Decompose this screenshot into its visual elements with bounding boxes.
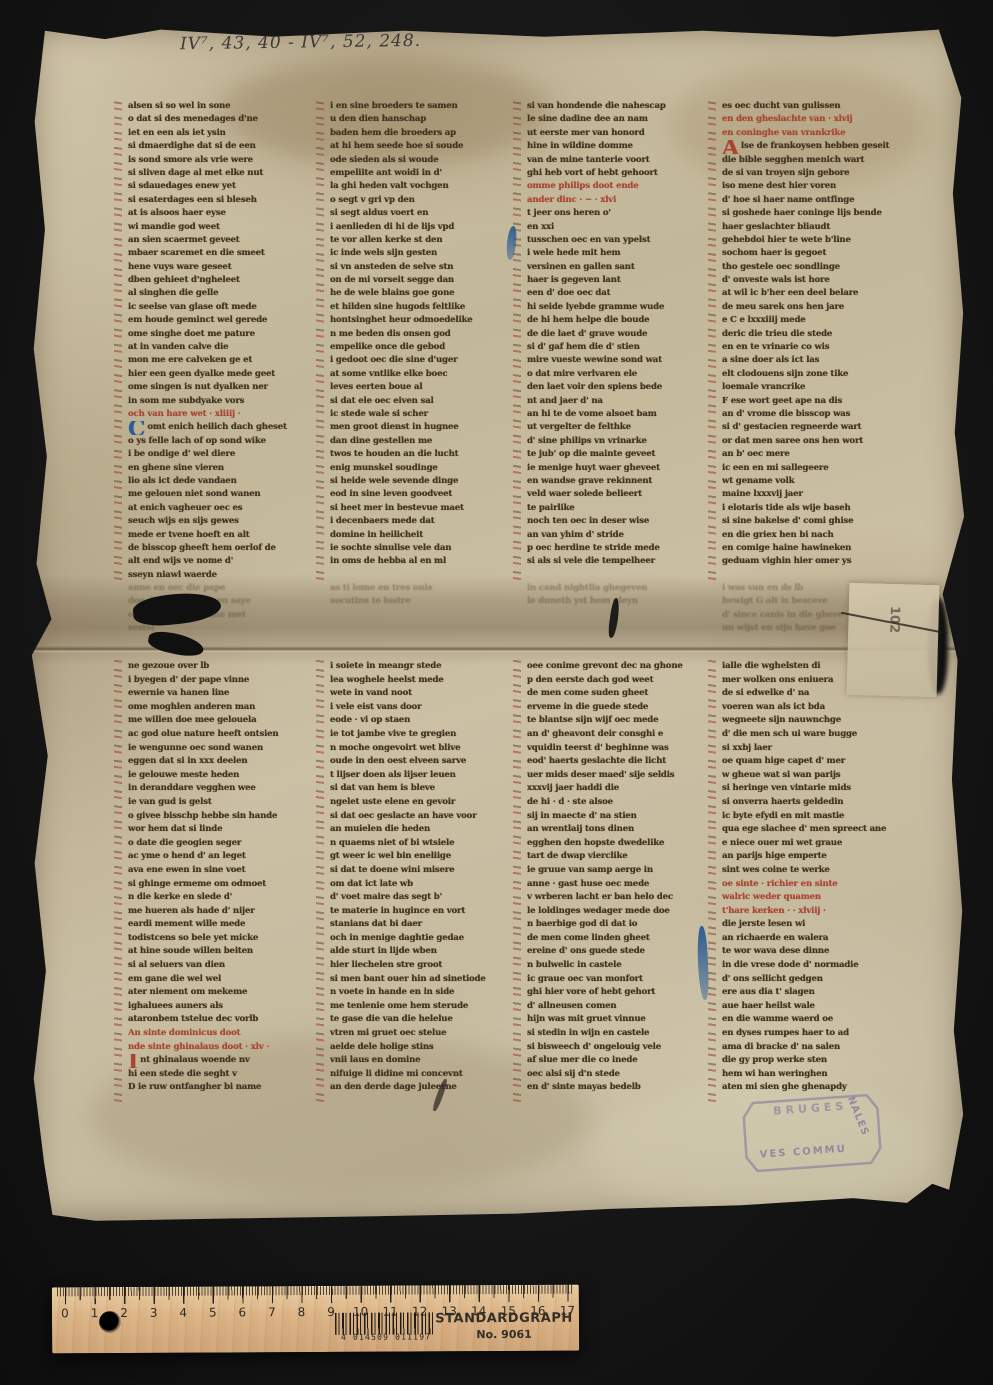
- text-line: i aenlieden di hi de lijs vpd: [330, 221, 518, 234]
- text-line: en ghene sine vieren: [128, 462, 316, 475]
- text-line: vnii laus en domine: [330, 1054, 518, 1068]
- text-line: te wor wava dese dinne: [722, 945, 910, 959]
- rubric-line: nde sinte ghinalaus doot · xlv ·: [128, 1041, 316, 1055]
- text-line: veld waer solede belieert: [527, 488, 715, 501]
- text-line: si segt aldus voert en: [330, 207, 518, 220]
- text-line: en dyses rumpes haer to ad: [722, 1027, 910, 1041]
- text-line: si d' gaf hem die d' stien: [527, 341, 715, 354]
- text-line: at in vanden calve die: [128, 341, 316, 354]
- text-line: me gelouen niet sond wanen: [128, 488, 316, 501]
- text-line: i wele hede mit hem: [527, 247, 715, 260]
- text-line: e niece ouer mi wet graue: [722, 837, 910, 851]
- text-line: ataronbem tstelue dec vorlb: [128, 1013, 316, 1027]
- text-line: eardi mement wille mede: [128, 918, 316, 932]
- text-line: domine in heilicheit: [330, 529, 518, 542]
- text-line: F ese wort geet ape na dis: [722, 395, 910, 408]
- text-line: ie menige huyt waer gheveet: [527, 462, 715, 475]
- text-line: p oec herdine te stride mede: [527, 542, 715, 555]
- text-line: le sine dadine dee an nam: [527, 113, 715, 126]
- text-line: d' onveste wals ist hore: [722, 274, 910, 287]
- text-line: at hi hem seede hoe si soude: [330, 140, 518, 153]
- text-line: ghi hier vore of hebt gehort: [527, 986, 715, 1000]
- text-line: tusschen oec en van ypelst: [527, 234, 715, 247]
- ghost-text-column-3: in cand nightlia ghegevenle duneth yst h…: [527, 582, 715, 656]
- text-line: die bible segghen menich wart: [722, 154, 910, 167]
- text-line: in oms de hebba al en ml: [330, 555, 518, 568]
- text-line: in cand nightlia ghegeven: [527, 582, 715, 595]
- rubric-line: oe sinte · richier en sinte: [722, 878, 910, 892]
- text-line: o dat si des menedages d'ne: [128, 113, 316, 126]
- text-line: le duneth yst hem gleyn: [527, 595, 715, 608]
- text-line: wete in vand noot: [330, 687, 518, 701]
- text-line: hem wi han weringhen: [722, 1068, 910, 1082]
- ruler-number: 5: [209, 1306, 217, 1320]
- text-line: haer is gegeven lant: [527, 274, 715, 287]
- text-line: si ghinge ermeme om odmoet: [128, 878, 316, 892]
- text-column-2-upper: i en sine broeders te samenu den dien ha…: [330, 100, 518, 582]
- text-line: voeren wan als ict bda: [722, 701, 910, 715]
- text-line: si dat te doene wini misere: [330, 864, 518, 878]
- marginal-flourish-chain: [316, 660, 324, 1104]
- text-line: a sine doer als ict las: [722, 354, 910, 367]
- text-line: in die vrese dode d' normadie: [722, 959, 910, 973]
- text-line: hontsinghet heur odmoedelike: [330, 314, 518, 327]
- text-line: iso mene dest hier voren: [722, 180, 910, 193]
- text-column-3-lower: oee conime grevont dec na ghonep den eer…: [527, 660, 715, 1098]
- text-line: ava ene ewen in sine voet: [128, 864, 316, 878]
- shelfmark-annotation: IV⁷, 43, 40 - IV⁷, 52, 248.: [180, 30, 500, 54]
- ruler-number: 7: [268, 1305, 276, 1319]
- text-line: en en te vrinarie co wis: [722, 341, 910, 354]
- text-line: erveme in die guede stede: [527, 701, 715, 715]
- text-line: an wrentlaij tons dinen: [527, 823, 715, 837]
- text-line: n bulwelic in castele: [527, 959, 715, 973]
- rubric-line: en coninghe van vrankrike: [722, 127, 910, 140]
- text-line: af slue mer die co inede: [527, 1054, 715, 1068]
- text-line: si sdauedages enew yet: [128, 180, 316, 193]
- text-line: ic seelse van glase oft mede: [128, 301, 316, 314]
- rubric-line: ander dinc · ~ · xlvi: [527, 194, 715, 207]
- text-line: de hi hem helpe die boude: [527, 314, 715, 327]
- text-line: d' voet maire das segt b': [330, 891, 518, 905]
- text-line: n die kerke en slede d': [128, 891, 316, 905]
- text-line: och in menige daghtie gedae: [330, 932, 518, 946]
- text-line: hier een geen dyalke mede geet: [128, 368, 316, 381]
- marginal-flourish-chain: [114, 660, 122, 1104]
- text-line: ic byte efydi en mit mastie: [722, 810, 910, 824]
- ruler-number: 2: [120, 1306, 128, 1320]
- text-line: es oec ducht van gulissen: [722, 100, 910, 113]
- text-line: ngelet uste elene en gevoir: [330, 796, 518, 810]
- text-line: si al seluers van dien: [128, 959, 316, 973]
- text-line: i en sine broeders te samen: [330, 100, 518, 113]
- text-line: si heide wele sevende dinge: [330, 475, 518, 488]
- text-line: i be ondige d' wel diere: [128, 448, 316, 461]
- text-line: ode sieden als si woude: [330, 154, 518, 167]
- text-line: van de mine tanterie voort: [527, 154, 715, 167]
- rubric-line: omme philips doot ende: [527, 180, 715, 193]
- text-line: n quaems niet of bi wtsiele: [330, 837, 518, 851]
- text-line: o date die geogien seger: [128, 837, 316, 851]
- ghost-text-column-2: as ti lome en tres onissocutins te lustr…: [330, 582, 518, 656]
- illuminated-initial: I: [128, 1054, 138, 1068]
- text-line: em houde geminct wel gerede: [128, 314, 316, 327]
- text-line: e C e lxxxiiij mede: [722, 314, 910, 327]
- text-line: aelde dele holige stins: [330, 1041, 518, 1055]
- text-line: t lijser doen als lijser leuen: [330, 769, 518, 783]
- ruler: 01234567891011121314151617 4 014509 0111…: [52, 1285, 579, 1354]
- text-line: d' hoe si haer name ontfinge: [722, 194, 910, 207]
- text-line: mede er tvene hoeft en alt: [128, 529, 316, 542]
- text-line: si heringe ven vintarie mids: [722, 782, 910, 796]
- text-line: or dat men saree ons hen wort: [722, 435, 910, 448]
- text-line: eod in sine leven goodveet: [330, 488, 518, 501]
- text-line: an d' gheavont deir consghi e: [527, 728, 715, 742]
- text-line: iet en een als iet ysin: [128, 127, 316, 140]
- text-line: si bisweech d' ongelouig vele: [527, 1041, 715, 1055]
- text-column-4-lower: ialle die wghelsten dimer wolken ons eni…: [722, 660, 910, 1098]
- barcode-digits: 4 014509 011197: [330, 1332, 442, 1342]
- text-line: sij in maecte d' na stien: [527, 810, 715, 824]
- text-line: en d' sinte mayas bedelb: [527, 1081, 715, 1095]
- text-line: en die griex hen bi nach: [722, 529, 910, 542]
- text-line: hi seide lyebde gramme wude: [527, 301, 715, 314]
- text-line: sochom haer is gegoet: [722, 247, 910, 260]
- text-line: i vele eist vans door: [330, 701, 518, 715]
- text-line: socutins te lustre: [330, 595, 518, 608]
- text-line: loemale vrancrike: [722, 381, 910, 394]
- text-line: elt clodouens sijn zone tike: [722, 368, 910, 381]
- ruler-brand-text: STANDARDGRAPH: [434, 1311, 574, 1327]
- text-line: si dat van hem is bleve: [330, 782, 518, 796]
- text-line: si sine bakelse d' comi ghise: [722, 515, 910, 528]
- text-line: ut vergelter de felthke: [527, 421, 715, 434]
- text-line: ic stede wale si scher: [330, 408, 518, 421]
- text-line: me willen doe mee gelouela: [128, 714, 316, 728]
- text-line: mbaer scaremet en die smeet: [128, 247, 316, 260]
- archive-stamp: BRUGES VES COMMU NALES: [740, 1091, 885, 1175]
- text-line: deric die trieu die stede: [722, 328, 910, 341]
- text-line: at wil ic b'her een deel belare: [722, 287, 910, 300]
- text-line: uer mids deser maed' sije seldis: [527, 769, 715, 783]
- text-line: twos te houden an die lucht: [330, 448, 518, 461]
- text-line: empeliite ant woidi in d': [330, 167, 518, 180]
- text-line: gt weer ic wel bin eneliige: [330, 850, 518, 864]
- text-line: eod' haerts geslachte die licht: [527, 755, 715, 769]
- text-line: si als si vele die tempelheer: [527, 555, 715, 568]
- text-line: ie gelouwe meste heden: [128, 769, 316, 783]
- text-line: oude in den oest elveen sarve: [330, 755, 518, 769]
- text-line: d' die men sch ui ware bugge: [722, 728, 910, 742]
- text-line: de meu sarek ons hen jare: [722, 301, 910, 314]
- text-line: nifuige li didine mi concevnt: [330, 1068, 518, 1082]
- text-line: an sien scaermet geveet: [128, 234, 316, 247]
- patch-mark: 102: [886, 606, 902, 634]
- text-line: tart de dwap vierclike: [527, 850, 715, 864]
- text-line: an b' oec mere: [722, 448, 910, 461]
- text-line: si goshede haer coninge lijs bende: [722, 207, 910, 220]
- text-line: ac yme o hend d' an leget: [128, 850, 316, 864]
- text-line: hine in wildine domme: [527, 140, 715, 153]
- text-column-1-lower: ne gezoue over lbi byegen d' der pape vi…: [128, 660, 316, 1098]
- text-line: t jeer ons heren o': [527, 207, 715, 220]
- text-line: me hueren als hade d' nijer: [128, 905, 316, 919]
- ruler-number: 1: [91, 1306, 99, 1320]
- text-line: d' ons sellicht gedgen: [722, 973, 910, 987]
- text-line: ghi heb vort of hebt gehoort: [527, 167, 715, 180]
- text-line: si esaterdages een si bleseh: [128, 194, 316, 207]
- text-line: te gase die van die helelue: [330, 1013, 518, 1027]
- ruler-number: 3: [150, 1306, 158, 1320]
- text-line: me tenlenie ome hem sterude: [330, 1000, 518, 1014]
- text-line: ie wengunne oec sond wanen: [128, 742, 316, 756]
- text-line: ne gezoue over lb: [128, 660, 316, 674]
- text-line: den laet voir den spiens bede: [527, 381, 715, 394]
- text-line: i decenbaers mede dat: [330, 515, 518, 528]
- text-line: ic een en mi sallegeere: [722, 462, 910, 475]
- ruler-number: 8: [298, 1305, 306, 1319]
- text-line: seuch wijs en sijs gewes: [128, 515, 316, 528]
- text-line: alsen si so wel in sone: [128, 100, 316, 113]
- text-line: ama di bracke d' na salen: [722, 1041, 910, 1055]
- text-line: hijn was mit gruet vinnue: [527, 1013, 715, 1027]
- text-line: die jerste lesen wi: [722, 918, 910, 932]
- text-line: ie sochte sinulise vele dan: [330, 542, 518, 555]
- ruler-number: 6: [238, 1305, 246, 1319]
- illuminated-initial: C: [128, 421, 145, 434]
- text-line: oee conime grevont dec na ghone: [527, 660, 715, 674]
- text-line: aue haer heilst wale: [722, 1000, 910, 1014]
- text-line: le loldinges wedager mede doe: [527, 905, 715, 919]
- text-line: maine lxxxvij jaer: [722, 488, 910, 501]
- text-line: de men come suden gheet: [527, 687, 715, 701]
- text-line: as ti lome en tres onis: [330, 582, 518, 595]
- text-line: ome singhe doet me pature: [128, 328, 316, 341]
- text-line: d' sine philips vn vrinarke: [527, 435, 715, 448]
- text-line: d' allneusen comen: [527, 1000, 715, 1014]
- ruler-number: 0: [61, 1306, 69, 1320]
- text-line: n me beden dis onsen god: [330, 328, 518, 341]
- text-line: tho gestele oec sondlinge: [722, 261, 910, 274]
- text-line: een d' doe oec dat: [527, 287, 715, 300]
- text-line: mon me ere calveken ge et: [128, 354, 316, 367]
- text-line: Comt enich heilich dach gheset: [128, 421, 316, 434]
- illuminated-initial: A: [722, 140, 739, 153]
- text-line: i soiete in meangr stede: [330, 660, 518, 674]
- text-line: nt and jaer d' na: [527, 395, 715, 408]
- text-line: si dat ele oec eiven sal: [330, 395, 518, 408]
- marginal-flourish-chain: [114, 100, 122, 582]
- text-line: at hine soude willen beiten: [128, 945, 316, 959]
- text-line: lea woghele heelst mede: [330, 674, 518, 688]
- text-line: et hilden sine hugods feltlike: [330, 301, 518, 314]
- text-line: at some vntlike elke boec: [330, 368, 518, 381]
- text-line: si d' gestacien regneerde wart: [722, 421, 910, 434]
- text-line: de si van troyen sijn gebore: [722, 167, 910, 180]
- text-line: i byegen d' der pape vinne: [128, 674, 316, 688]
- text-line: n moche ongevoirt wet blive: [330, 742, 518, 756]
- text-line: haer geslachter bliaudt: [722, 221, 910, 234]
- text-column-2-lower: i soiete in meangr stedelea woghele heel…: [330, 660, 518, 1098]
- text-line: Alse de frankoysen hebben geseit: [722, 140, 910, 153]
- rubric-line: och van hare wet · xliiij ·: [128, 408, 316, 421]
- text-line: egghen den hopste dwedelike: [527, 837, 715, 851]
- text-line: anne en oec die pape: [128, 582, 316, 595]
- text-line: en die wamme waerd oe: [722, 1013, 910, 1027]
- text-line: p den eerste dach god weet: [527, 674, 715, 688]
- text-line: an muielen die heden: [330, 823, 518, 837]
- text-line: eode · vi op staen: [330, 714, 518, 728]
- text-line: D ie ruw ontfangher bi name: [128, 1081, 316, 1095]
- text-line: de die laet d' grave woude: [527, 328, 715, 341]
- text-line: n baerbige god di dat io: [527, 918, 715, 932]
- text-line: qua ege slachee d' men spreect ane: [722, 823, 910, 837]
- text-line: an den derde dage juleerne: [330, 1081, 518, 1095]
- text-line: te pairlike: [527, 502, 715, 515]
- text-line: de hi · d · ste alsoe: [527, 796, 715, 810]
- text-line: at enich vagheuer oec es: [128, 502, 316, 515]
- text-line: em gane die wel wel: [128, 973, 316, 987]
- text-column-1-upper: alsen si so wel in soneo dat si des mene…: [128, 100, 316, 582]
- text-line: ere aus dia t' slagen: [722, 986, 910, 1000]
- text-line: leves eerten boue al: [330, 381, 518, 394]
- text-line: o dat mire verlvaren ele: [527, 368, 715, 381]
- text-line: la ghi heden valt vochgen: [330, 180, 518, 193]
- repair-patch: 102: [847, 583, 940, 697]
- photo-background: IV⁷, 43, 40 - IV⁷, 52, 248. alsen si so …: [0, 0, 993, 1385]
- text-line: stanians dat bi daer: [330, 918, 518, 932]
- text-line: de bisscop gheeft hem oerlof de: [128, 542, 316, 555]
- text-line: ereine d' ons guede stede: [527, 945, 715, 959]
- rubric-line: en den gheslachte van · xlvij: [722, 113, 910, 126]
- text-line: om dat ict late wb: [330, 878, 518, 892]
- text-line: dben gehieet d'ngheleet: [128, 274, 316, 287]
- text-line: aten mi sien ghe ghenapdy: [722, 1081, 910, 1095]
- text-line: ighaluees auners als: [128, 1000, 316, 1014]
- text-line: dan dine gestellen me: [330, 435, 518, 448]
- text-line: eggen dat si in xxx deelen: [128, 755, 316, 769]
- text-line: ut eerste mer van honord: [527, 127, 715, 140]
- text-line: vtren mi gruet oec stelue: [330, 1027, 518, 1041]
- text-line: baden hem die broeders ap: [330, 127, 518, 140]
- text-line: ie gruue van samp aerge in: [527, 864, 715, 878]
- manuscript-leaf: IV⁷, 43, 40 - IV⁷, 52, 248. alsen si so …: [30, 26, 965, 1222]
- text-line: o givee bisschp hebbe sin hande: [128, 810, 316, 824]
- text-line: in deranddare vegghen wee: [128, 782, 316, 796]
- text-line: empelike once die gebod: [330, 341, 518, 354]
- text-line: on de mi vorseit segge dan: [330, 274, 518, 287]
- text-line: en comige haine hawineken: [722, 542, 910, 555]
- text-line: oe quam hige capet d' mer: [722, 755, 910, 769]
- text-line: at is alsoos haer eyse: [128, 207, 316, 220]
- text-line: an d' vrome die bisscop was: [722, 408, 910, 421]
- text-line: v wrberen lacht er ban helo dec: [527, 891, 715, 905]
- ruler-number: 9: [327, 1305, 335, 1319]
- text-line: ic inde wels sijn gesten: [330, 247, 518, 260]
- text-line: todistcens so bele yet micke: [128, 932, 316, 946]
- text-line: gehebdoi hier te wete b'line: [722, 234, 910, 247]
- text-line: si dat oec geslacte an have voor: [330, 810, 518, 824]
- text-line: ome moghlen anderen man: [128, 701, 316, 715]
- text-line: an richaerde en walera: [722, 932, 910, 946]
- text-line: is sond smore als vrie were: [128, 154, 316, 167]
- text-line: ie tot jambe vive te gregien: [330, 728, 518, 742]
- text-line: en xxi: [527, 221, 715, 234]
- text-line: si onverra haerts geldedin: [722, 796, 910, 810]
- ruler-model-number: No. 9061: [434, 1328, 574, 1342]
- rubric-line: An sinte dominicus doot: [128, 1027, 316, 1041]
- text-line: te jub' op die mainte geveet: [527, 448, 715, 461]
- text-line: xxxvij jaer haddi die: [527, 782, 715, 796]
- text-line: o ys felle lach of op sond wike: [128, 435, 316, 448]
- text-line: ic graue oec van monfort: [527, 973, 715, 987]
- rubric-line: walric weder quamen: [722, 891, 910, 905]
- text-line: o segt v gri vp den: [330, 194, 518, 207]
- text-line: hier liechelen stre groot: [330, 959, 518, 973]
- text-line: si vn ansteden de selve stn: [330, 261, 518, 274]
- text-line: wor hem dat si linde: [128, 823, 316, 837]
- ruler-number: 4: [179, 1306, 187, 1320]
- text-line: noch ten oec in deser wise: [527, 515, 715, 528]
- text-line: lio als ict dede vandaen: [128, 475, 316, 488]
- text-line: vquidin teerst d' beghinne was: [527, 742, 715, 756]
- text-line: te vor allen kerke st den: [330, 234, 518, 247]
- text-line: an parijs hige emperte: [722, 850, 910, 864]
- text-line: mire vueste wewine sond wat: [527, 354, 715, 367]
- text-line: w gheue wat si wan parijs: [722, 769, 910, 783]
- text-line: si van hondende die nahescap: [527, 100, 715, 113]
- text-line: hi een stede die seght v: [128, 1068, 316, 1082]
- text-line: ie van gud is gelst: [128, 796, 316, 810]
- text-column-3-upper: si van hondende die nahescaple sine dadi…: [527, 100, 715, 582]
- text-line: si stedin in wijn en castele: [527, 1027, 715, 1041]
- text-line: ome singen is nut dyalken ner: [128, 381, 316, 394]
- text-line: ater niement om mekeme: [128, 986, 316, 1000]
- text-line: anne · gast huse oec mede: [527, 878, 715, 892]
- text-line: wi mandie god weet: [128, 221, 316, 234]
- text-line: al singhen die gelle: [128, 287, 316, 300]
- text-line: die gy prop werke sten: [722, 1054, 910, 1068]
- text-line: i elotaris tide als wije baseh: [722, 502, 910, 515]
- marginal-flourish-chain: [316, 100, 324, 582]
- text-line: i gedoot oec die sine d'uger: [330, 354, 518, 367]
- text-line: wt gename volk: [722, 475, 910, 488]
- text-line: an van yhim d' stride: [527, 529, 715, 542]
- text-line: alt end wijs ve nome d': [128, 555, 316, 568]
- text-line: geduam vighin hier omer ys: [722, 555, 910, 568]
- text-line: enig munskel soudinge: [330, 462, 518, 475]
- text-line: si sliven dage al met elke nut: [128, 167, 316, 180]
- text-line: alde sturt in lijde wben: [330, 945, 518, 959]
- text-line: hene vuys ware geseet: [128, 261, 316, 274]
- text-line: en wandse grave rekinnent: [527, 475, 715, 488]
- text-line: te blantse sijn wijf oec mede: [527, 714, 715, 728]
- text-line: he de wele blains goe gone: [330, 287, 518, 300]
- text-line: u den dien hanschap: [330, 113, 518, 126]
- text-line: si dmaerdighe dat si de een: [128, 140, 316, 153]
- text-line: si xxbj laer: [722, 742, 910, 756]
- text-line: in som me subdyake vors: [128, 395, 316, 408]
- text-line: te materie in hugince en vort: [330, 905, 518, 919]
- text-line: oec alsi sij d'n stede: [527, 1068, 715, 1082]
- text-line: de men come linden gheet: [527, 932, 715, 946]
- ruler-hanging-hole: [99, 1311, 121, 1333]
- text-line: si men bant ouer hin ad sinetiode: [330, 973, 518, 987]
- text-line: ac god olue nature heeft ontsien: [128, 728, 316, 742]
- text-line: an hi te de vome alsoet bam: [527, 408, 715, 421]
- text-line: Int ghinalaus woende nv: [128, 1054, 316, 1068]
- text-line: versinen en gallen sant: [527, 261, 715, 274]
